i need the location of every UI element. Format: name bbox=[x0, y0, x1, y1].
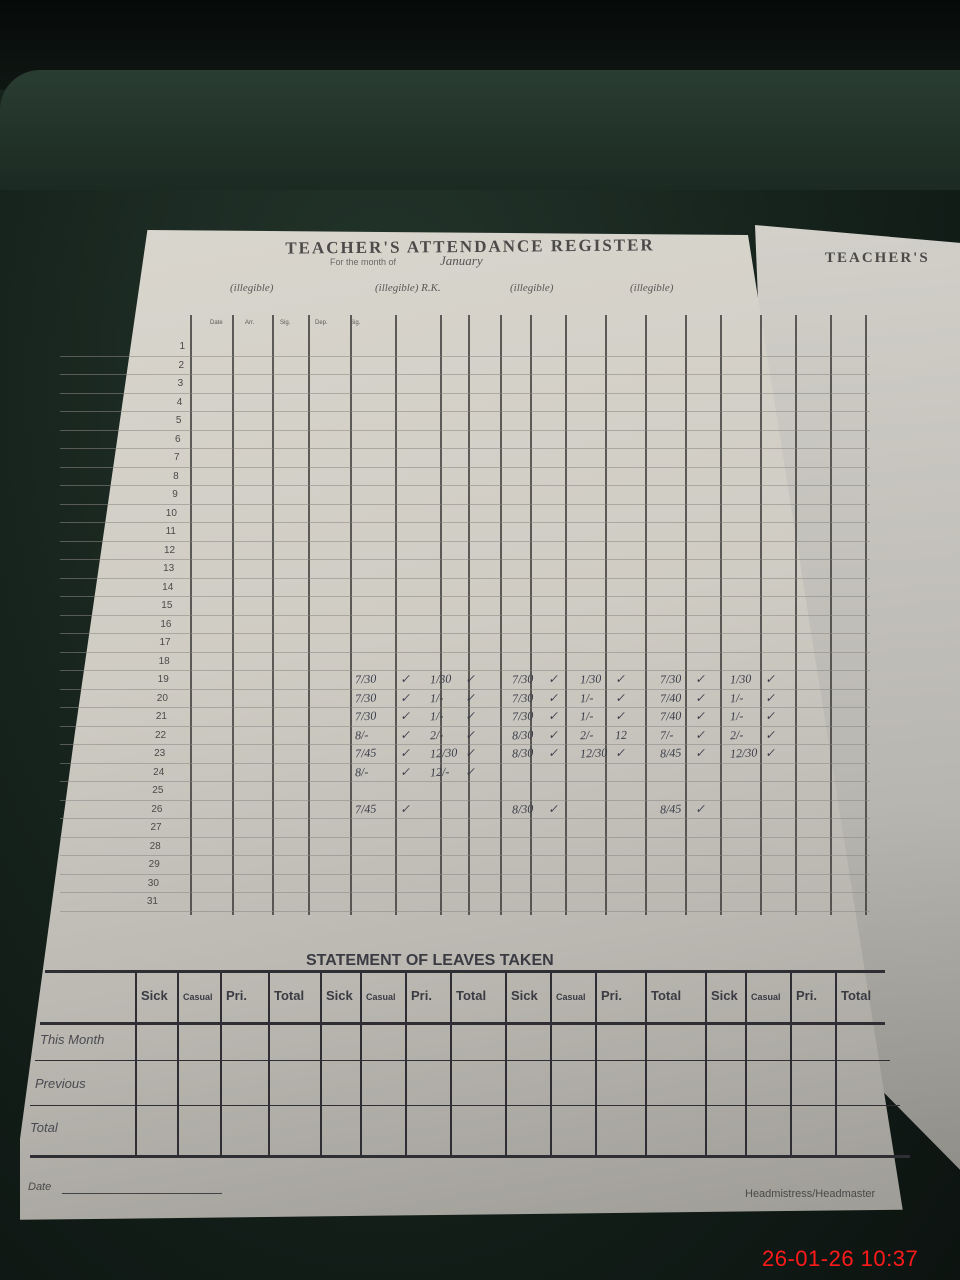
column-header: Date bbox=[210, 320, 223, 326]
grid-row-line bbox=[60, 633, 870, 634]
table-line bbox=[35, 1060, 890, 1061]
grid-row-line bbox=[60, 781, 870, 782]
date-label: Date bbox=[28, 1181, 51, 1193]
attendance-entry: 1/- bbox=[580, 690, 594, 706]
day-number: 24 bbox=[124, 767, 164, 778]
attendance-entry: 2/- bbox=[580, 727, 594, 743]
grid-row-line bbox=[60, 522, 870, 523]
grid-row-line bbox=[60, 652, 870, 653]
grid-row-line bbox=[60, 504, 870, 505]
grid-row-line bbox=[60, 874, 870, 875]
attendance-entry: ✓ bbox=[765, 690, 776, 706]
table-line bbox=[360, 972, 362, 1157]
table-line bbox=[320, 972, 322, 1157]
leave-row-label: Total bbox=[30, 1120, 58, 1135]
attendance-entry: 2/- bbox=[430, 727, 444, 743]
attendance-entry: 1/- bbox=[430, 690, 444, 706]
teacher-1-name: (illegible) bbox=[230, 282, 273, 294]
table-line bbox=[550, 972, 552, 1157]
attendance-entry: ✓ bbox=[400, 764, 411, 780]
attendance-entry: 8/45 bbox=[660, 801, 682, 817]
grid-row-line bbox=[60, 485, 870, 486]
attendance-entry: 7/45 bbox=[355, 745, 377, 761]
leave-column-header: Total bbox=[651, 988, 681, 1003]
attendance-entry: ✓ bbox=[400, 672, 411, 688]
leave-column-header: Total bbox=[456, 988, 486, 1003]
attendance-entry: ✓ bbox=[400, 690, 411, 706]
attendance-entry: 7/30 bbox=[512, 671, 534, 687]
leave-row-label: This Month bbox=[40, 1032, 104, 1047]
day-number: 23 bbox=[125, 748, 165, 759]
day-number: 14 bbox=[133, 582, 173, 593]
table-line bbox=[40, 1022, 885, 1025]
table-line bbox=[705, 972, 707, 1157]
attendance-entry: 7/40 bbox=[660, 690, 682, 706]
attendance-entry: ✓ bbox=[465, 672, 476, 688]
day-number: 31 bbox=[118, 896, 158, 907]
attendance-entry: 7/30 bbox=[512, 708, 534, 724]
attendance-entry: ✓ bbox=[765, 746, 776, 762]
attendance-entry: 7/30 bbox=[355, 671, 377, 687]
table-line bbox=[835, 972, 837, 1157]
day-number: 3 bbox=[143, 378, 183, 389]
attendance-entry: ✓ bbox=[548, 672, 559, 688]
grid-row-line bbox=[60, 892, 870, 893]
table-line bbox=[790, 972, 792, 1157]
attendance-entry: ✓ bbox=[765, 709, 776, 725]
grid-row-line bbox=[60, 596, 870, 597]
right-page-title: TEACHER'S bbox=[825, 250, 930, 267]
attendance-entry: ✓ bbox=[548, 746, 559, 762]
teacher-2-name: (illegible) R.K. bbox=[375, 282, 441, 294]
day-number: 29 bbox=[120, 859, 160, 870]
day-number: 30 bbox=[119, 878, 159, 889]
attendance-entry: 8/45 bbox=[660, 745, 682, 761]
day-number: 18 bbox=[130, 656, 170, 667]
day-number: 19 bbox=[129, 674, 169, 685]
table-line bbox=[220, 972, 222, 1157]
attendance-entry: ✓ bbox=[615, 746, 626, 762]
month-label: For the month of bbox=[330, 257, 396, 267]
attendance-entry: ✓ bbox=[465, 709, 476, 725]
day-number: 26 bbox=[123, 804, 163, 815]
attendance-entry: ✓ bbox=[548, 690, 559, 706]
day-number: 20 bbox=[128, 693, 168, 704]
grid-row-line bbox=[60, 689, 870, 690]
attendance-entry: ✓ bbox=[400, 727, 411, 743]
table-line bbox=[745, 972, 747, 1157]
leave-column-header: Pri. bbox=[601, 988, 622, 1003]
grid-row-line bbox=[60, 800, 870, 801]
attendance-entry: ✓ bbox=[400, 709, 411, 725]
day-number: 27 bbox=[122, 822, 162, 833]
grid-row-line bbox=[60, 855, 870, 856]
day-number: 17 bbox=[131, 637, 171, 648]
grid-row-line bbox=[60, 541, 870, 542]
attendance-entry: ✓ bbox=[695, 801, 706, 817]
grid-row-line bbox=[60, 393, 870, 394]
leave-column-header: Total bbox=[841, 988, 871, 1003]
attendance-entry: 1/30 bbox=[580, 671, 602, 687]
grid-row-line bbox=[60, 559, 870, 560]
grid-row-line bbox=[60, 448, 870, 449]
day-number: 21 bbox=[127, 711, 167, 722]
column-header: Dep. bbox=[315, 320, 328, 326]
signature-label: Headmistress/Headmaster bbox=[745, 1188, 875, 1200]
table-line bbox=[30, 1105, 900, 1106]
attendance-entry: ✓ bbox=[548, 801, 559, 817]
attendance-entry: 2/- bbox=[730, 727, 744, 743]
attendance-entry: ✓ bbox=[548, 727, 559, 743]
leave-column-header: Casual bbox=[366, 992, 396, 1002]
day-number: 16 bbox=[132, 619, 172, 630]
column-header: Sig. bbox=[280, 320, 290, 326]
leave-column-header: Sick bbox=[511, 988, 538, 1003]
attendance-entry: ✓ bbox=[615, 672, 626, 688]
day-number: 9 bbox=[138, 489, 178, 500]
attendance-entry: 7/40 bbox=[660, 708, 682, 724]
day-number: 22 bbox=[126, 730, 166, 741]
attendance-entry: 7/- bbox=[660, 727, 674, 743]
table-line bbox=[45, 970, 885, 973]
attendance-entry: 12/30 bbox=[580, 745, 608, 761]
day-number: 25 bbox=[123, 785, 163, 796]
table-line bbox=[405, 972, 407, 1157]
attendance-entry: ✓ bbox=[400, 801, 411, 817]
leave-column-header: Sick bbox=[326, 988, 353, 1003]
timestamp-overlay: 26-01-26 10:37 bbox=[762, 1246, 918, 1272]
day-number: 1 bbox=[145, 341, 185, 352]
attendance-entry: ✓ bbox=[695, 727, 706, 743]
attendance-entry: ✓ bbox=[765, 727, 776, 743]
table-line bbox=[645, 972, 647, 1157]
attendance-entry: ✓ bbox=[695, 672, 706, 688]
grid-row-line bbox=[60, 837, 870, 838]
attendance-entry: 7/45 bbox=[355, 801, 377, 817]
table-line bbox=[177, 972, 179, 1157]
attendance-entry: 1/- bbox=[580, 709, 594, 725]
attendance-entry: ✓ bbox=[615, 690, 626, 706]
attendance-entry: 12 bbox=[615, 727, 628, 743]
day-number: 4 bbox=[142, 397, 182, 408]
attendance-entry: 1/30 bbox=[730, 671, 752, 687]
day-number: 11 bbox=[136, 526, 176, 537]
grid-row-line bbox=[60, 911, 870, 912]
day-number: 28 bbox=[121, 841, 161, 852]
attendance-entry: 7/30 bbox=[355, 690, 377, 706]
grid-row-line bbox=[60, 726, 870, 727]
attendance-entry: 12/30 bbox=[430, 745, 458, 761]
day-number: 12 bbox=[135, 545, 175, 556]
desk-rim bbox=[0, 70, 960, 190]
attendance-entry: 1/- bbox=[430, 709, 444, 725]
grid-row-line bbox=[60, 707, 870, 708]
attendance-entry: ✓ bbox=[465, 727, 476, 743]
table-line bbox=[268, 972, 270, 1157]
day-number: 2 bbox=[144, 360, 184, 371]
attendance-entry: ✓ bbox=[765, 672, 776, 688]
grid-row-line bbox=[60, 467, 870, 468]
attendance-entry: ✓ bbox=[695, 709, 706, 725]
attendance-entry: 8/30 bbox=[512, 727, 534, 743]
leave-column-header: Casual bbox=[556, 992, 586, 1002]
grid-row-line bbox=[60, 430, 870, 431]
day-number: 7 bbox=[140, 452, 180, 463]
attendance-entry: 12/- bbox=[430, 764, 450, 780]
teacher-4-name: (illegible) bbox=[630, 282, 673, 294]
attendance-entry: 12/30 bbox=[730, 745, 758, 761]
attendance-entry: 1/- bbox=[730, 709, 744, 725]
day-number: 13 bbox=[134, 563, 174, 574]
attendance-entry: 1/- bbox=[730, 690, 744, 706]
day-number: 5 bbox=[141, 415, 181, 426]
table-line bbox=[595, 972, 597, 1157]
table-line bbox=[135, 972, 137, 1157]
column-header: Sig. bbox=[350, 320, 360, 326]
leave-column-header: Sick bbox=[141, 988, 168, 1003]
grid-row-line bbox=[60, 763, 870, 764]
day-number: 10 bbox=[137, 508, 177, 519]
attendance-entry: 7/30 bbox=[660, 671, 682, 687]
attendance-entry: ✓ bbox=[695, 746, 706, 762]
grid-row-line bbox=[60, 578, 870, 579]
leave-column-header: Sick bbox=[711, 988, 738, 1003]
leave-column-header: Pri. bbox=[796, 988, 817, 1003]
attendance-grid: 1234567891011121314151617181920212223242… bbox=[60, 315, 870, 915]
day-number: 6 bbox=[141, 434, 181, 445]
attendance-entry: ✓ bbox=[465, 690, 476, 706]
leave-statement-title: STATEMENT OF LEAVES TAKEN bbox=[306, 952, 554, 970]
attendance-entry: ✓ bbox=[400, 746, 411, 762]
attendance-entry: 7/30 bbox=[512, 690, 534, 706]
grid-row-line bbox=[60, 374, 870, 375]
attendance-entry: ✓ bbox=[465, 746, 476, 762]
column-header: Arr. bbox=[245, 320, 254, 326]
attendance-entry: 8/- bbox=[355, 764, 369, 780]
attendance-entry: 8/30 bbox=[512, 801, 534, 817]
teacher-3-name: (illegible) bbox=[510, 282, 553, 294]
grid-row-line bbox=[60, 615, 870, 616]
leave-column-header: Casual bbox=[183, 992, 213, 1002]
leave-row-label: Previous bbox=[35, 1076, 86, 1091]
leave-column-header: Pri. bbox=[411, 988, 432, 1003]
leave-column-header: Casual bbox=[751, 992, 781, 1002]
table-line bbox=[450, 972, 452, 1157]
grid-row-line bbox=[60, 356, 870, 357]
attendance-entry: ✓ bbox=[465, 764, 476, 780]
grid-row-line bbox=[60, 411, 870, 412]
month-value: January bbox=[440, 253, 483, 269]
table-line bbox=[30, 1155, 910, 1158]
attendance-entry: 8/- bbox=[355, 727, 369, 743]
attendance-entry: 1/30 bbox=[430, 671, 452, 687]
attendance-entry: ✓ bbox=[548, 709, 559, 725]
date-line bbox=[62, 1193, 222, 1194]
attendance-entry: 8/30 bbox=[512, 745, 534, 761]
grid-row-line bbox=[60, 818, 870, 819]
day-number: 8 bbox=[139, 471, 179, 482]
attendance-entry: 7/30 bbox=[355, 708, 377, 724]
leave-statement-table: SickCasualPri.TotalSickCasualPri.TotalSi… bbox=[30, 970, 910, 1160]
table-line bbox=[505, 972, 507, 1157]
leave-column-header: Total bbox=[274, 988, 304, 1003]
leave-column-header: Pri. bbox=[226, 988, 247, 1003]
attendance-entry: ✓ bbox=[615, 709, 626, 725]
attendance-entry: ✓ bbox=[695, 690, 706, 706]
day-number: 15 bbox=[132, 600, 172, 611]
